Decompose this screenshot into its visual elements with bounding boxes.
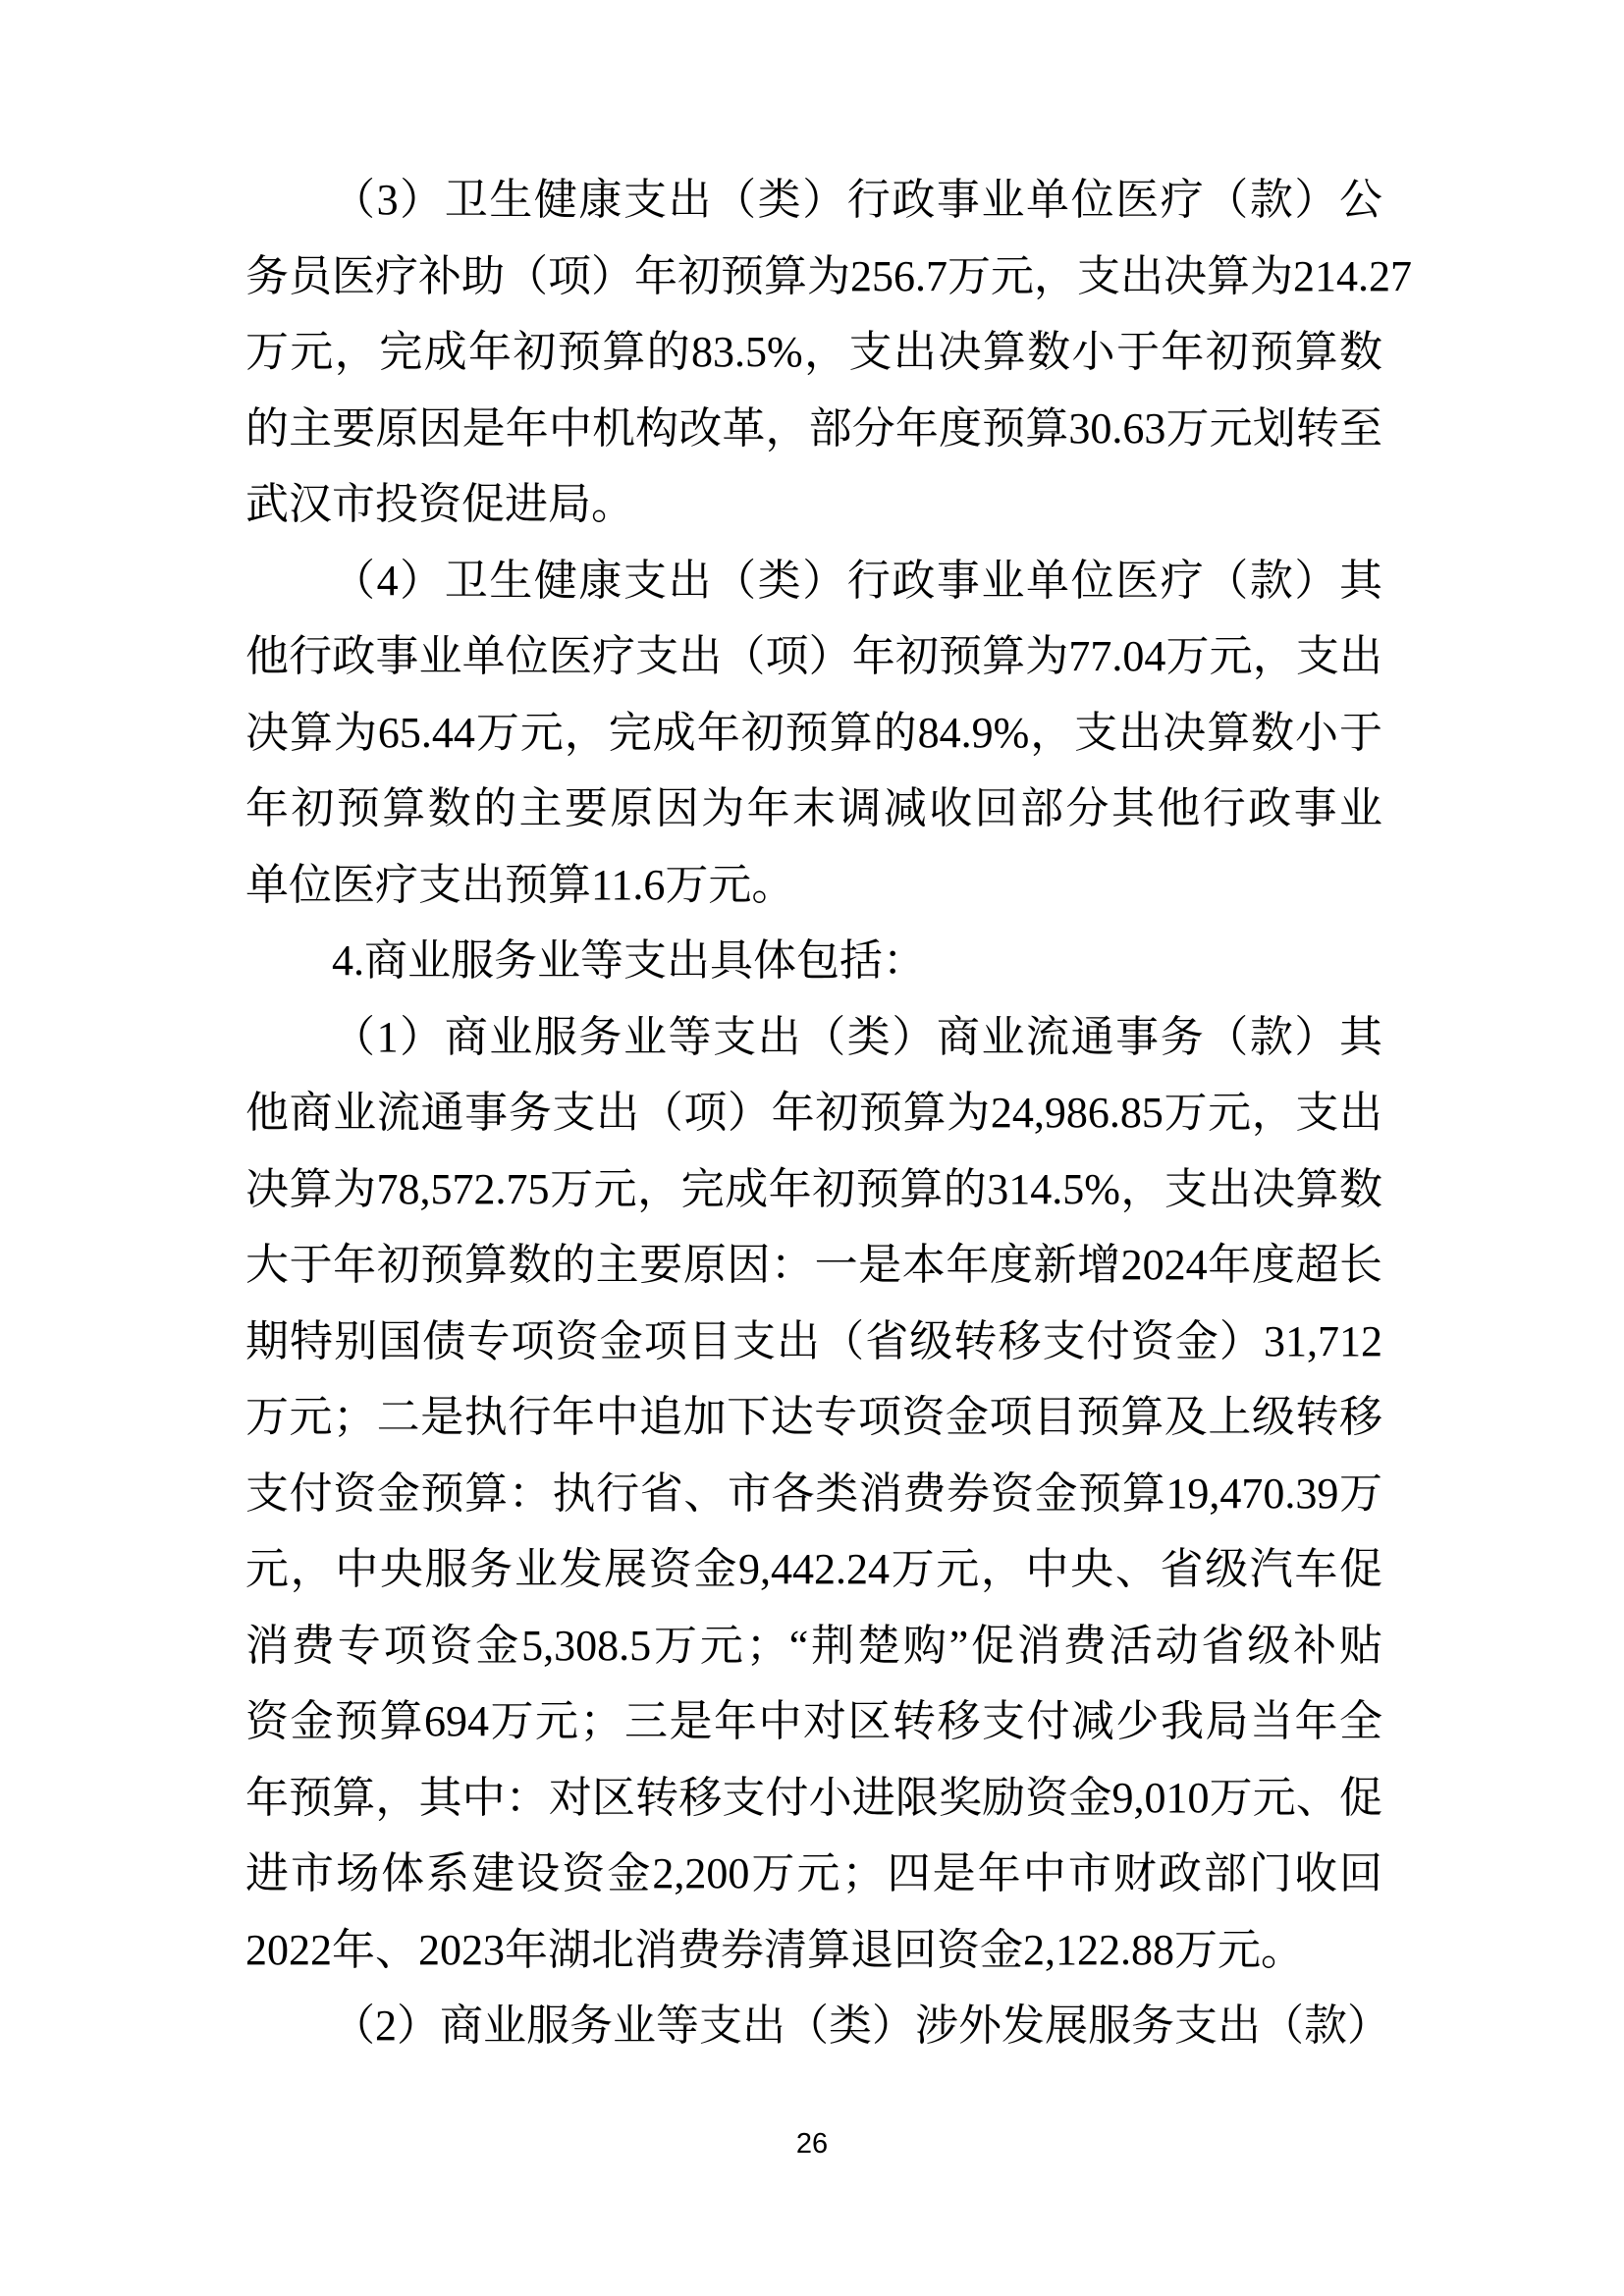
text-line: 期特别国债专项资金项目支出（省级转移支付资金）31,712 — [245, 1304, 1382, 1380]
text-line: 务员医疗补助（项）年初预算为256.7万元，支出决算为214.27 — [245, 239, 1382, 315]
text-line: 武汉市投资促进局。 — [245, 466, 1382, 543]
text-line: 支付资金预算：执行省、市各类消费券资金预算19,470.39万 — [245, 1456, 1382, 1532]
text-line: 资金预算694万元；三是年中对区转移支付减少我局当年全 — [245, 1683, 1382, 1760]
text-line: 4.商业服务业等支出具体包括： — [245, 923, 1382, 999]
text-line: （2）商业服务业等支出（类）涉外发展服务支出（款） — [245, 1988, 1382, 2064]
text-line: 决算为65.44万元，完成年初预算的84.9%，支出决算数小于 — [245, 695, 1382, 772]
body-text: （3）卫生健康支出（类）行政事业单位医疗（款）公务员医疗补助（项）年初预算为25… — [245, 162, 1382, 2064]
text-line: 年预算，其中：对区转移支付小进限奖励资金9,010万元、促 — [245, 1760, 1382, 1837]
text-line: 消费专项资金5,308.5万元；“荆楚购”促消费活动省级补贴 — [245, 1608, 1382, 1684]
text-line: （4）卫生健康支出（类）行政事业单位医疗（款）其 — [245, 543, 1382, 619]
text-line: 他行政事业单位医疗支出（项）年初预算为77.04万元，支出 — [245, 618, 1382, 695]
page-number: 26 — [0, 2128, 1624, 2160]
text-line: 大于年初预算数的主要原因：一是本年度新增2024年度超长 — [245, 1227, 1382, 1304]
text-line: （3）卫生健康支出（类）行政事业单位医疗（款）公 — [245, 162, 1382, 239]
document-page: （3）卫生健康支出（类）行政事业单位医疗（款）公务员医疗补助（项）年初预算为25… — [0, 0, 1624, 2296]
text-line: 单位医疗支出预算11.6万元。 — [245, 847, 1382, 924]
text-line: 元，中央服务业发展资金9,442.24万元，中央、省级汽车促 — [245, 1531, 1382, 1608]
text-line: 万元，完成年初预算的83.5%，支出决算数小于年初预算数 — [245, 314, 1382, 391]
text-line: 进市场体系建设资金2,200万元；四是年中市财政部门收回 — [245, 1836, 1382, 1912]
text-line: 万元；二是执行年中追加下达专项资金项目预算及上级转移 — [245, 1379, 1382, 1456]
text-line: 2022年、2023年湖北消费券清算退回资金2,122.88万元。 — [245, 1912, 1382, 1989]
text-line: 他商业流通事务支出（项）年初预算为24,986.85万元，支出 — [245, 1075, 1382, 1151]
text-line: 年初预算数的主要原因为年末调减收回部分其他行政事业 — [245, 771, 1382, 847]
text-line: 决算为78,572.75万元，完成年初预算的314.5%，支出决算数 — [245, 1151, 1382, 1228]
text-line: （1）商业服务业等支出（类）商业流通事务（款）其 — [245, 999, 1382, 1076]
text-line: 的主要原因是年中机构改革，部分年度预算30.63万元划转至 — [245, 391, 1382, 467]
